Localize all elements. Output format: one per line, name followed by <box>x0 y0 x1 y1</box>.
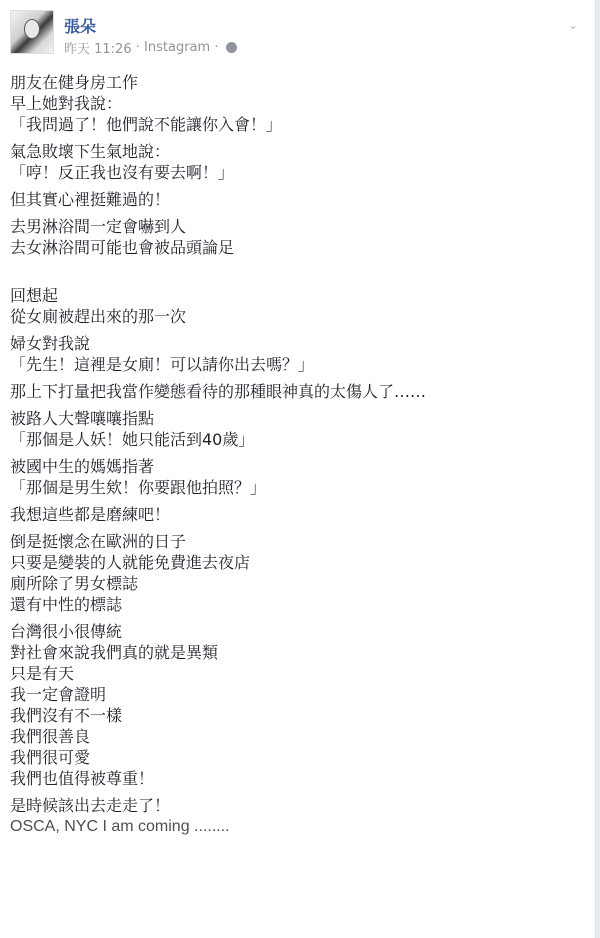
post-paragraph: 婦女對我說「先生！這裡是女廁！可以請你出去嗎？」 <box>10 333 570 375</box>
post-text-line: 對社會來說我們真的就是異類 <box>10 642 570 663</box>
scrollbar-track[interactable] <box>595 0 600 938</box>
avatar-image <box>24 19 40 39</box>
globe-icon[interactable] <box>226 42 237 53</box>
post-text-line: 「我問過了！他們說不能讓你入會！」 <box>10 114 570 135</box>
chevron-down-icon[interactable]: ⌄ <box>566 18 580 28</box>
post-text-line: 我想這些都是磨練吧！ <box>10 504 570 525</box>
post-text-line: 我們也值得被尊重！ <box>10 768 570 789</box>
post-text-line: 朋友在健身房工作 <box>10 72 570 93</box>
post-paragraph: 倒是挺懷念在歐洲的日子只要是變裝的人就能免費進去夜店廁所除了男女標誌還有中性的標… <box>10 531 570 615</box>
post-text-line: 「先生！這裡是女廁！可以請你出去嗎？」 <box>10 354 570 375</box>
post-text-line: 回想起 <box>10 285 570 306</box>
post-text-line: 「那個是人妖！她只能活到40歲」 <box>10 429 570 450</box>
post-text-line: 是時候該出去走走了！ <box>10 795 570 816</box>
meta-separator: · <box>214 40 218 55</box>
post-body: 朋友在健身房工作早上她對我說：「我問過了！他們說不能讓你入會！」氣急敗壞下生氣地… <box>10 72 570 843</box>
post-paragraph: 回想起從女廁被趕出來的那一次 <box>10 285 570 327</box>
post-text-line: 那上下打量把我當作變態看待的那種眼神真的太傷人了…… <box>10 381 570 402</box>
post-text-line: 我們很善良 <box>10 726 570 747</box>
post-paragraph: 那上下打量把我當作變態看待的那種眼神真的太傷人了…… <box>10 381 570 402</box>
post-text-line: 還有中性的標誌 <box>10 594 570 615</box>
post-paragraph: 是時候該出去走走了！OSCA, NYC I am coming ........ <box>10 795 570 837</box>
post-source[interactable]: Instagram <box>144 40 210 55</box>
post-paragraph: 台灣很小很傳統對社會來說我們真的就是異類只是有天我一定會證明我們沒有不一樣我們很… <box>10 621 570 789</box>
post-text-line: 早上她對我說： <box>10 93 570 114</box>
post-text-line: 被路人大聲嚷嚷指點 <box>10 408 570 429</box>
post-text-line: 我一定會證明 <box>10 684 570 705</box>
meta-separator: · <box>136 40 140 55</box>
post-paragraph: 氣急敗壞下生氣地說：「哼！反正我也沒有要去啊！」 <box>10 141 570 183</box>
post-text-line: 台灣很小很傳統 <box>10 621 570 642</box>
post-text-line: 但其實心裡挺難過的！ <box>10 189 570 210</box>
post-timestamp[interactable]: 昨天 11:26 <box>64 42 132 57</box>
post-text-line: 只要是變裝的人就能免費進去夜店 <box>10 552 570 573</box>
post-paragraph: 朋友在健身房工作早上她對我說：「我問過了！他們說不能讓你入會！」 <box>10 72 570 135</box>
post-text-line: 廁所除了男女標誌 <box>10 573 570 594</box>
post-meta: 昨天 11:26 · Instagram · <box>64 38 237 57</box>
post-text-line: 「那個是男生欸！你要跟他拍照？」 <box>10 477 570 498</box>
post-text-line: 倒是挺懷念在歐洲的日子 <box>10 531 570 552</box>
post-text-line: 去男淋浴間一定會嚇到人 <box>10 216 570 237</box>
post-text-line: 氣急敗壞下生氣地說： <box>10 141 570 162</box>
post-text-line: 去女淋浴間可能也會被品頭論足 <box>10 237 570 258</box>
post-text-line: 婦女對我說 <box>10 333 570 354</box>
post-paragraph: 去男淋浴間一定會嚇到人去女淋浴間可能也會被品頭論足 <box>10 216 570 258</box>
post-text-line: 我們沒有不一樣 <box>10 705 570 726</box>
post-paragraph: 但其實心裡挺難過的！ <box>10 189 570 210</box>
post-header: 張朵 昨天 11:26 · Instagram · ⌄ <box>10 10 580 60</box>
author-name[interactable]: 張朵 <box>64 14 96 37</box>
post-text-line: 我們很可愛 <box>10 747 570 768</box>
post-text-line: OSCA, NYC I am coming ........ <box>10 816 570 837</box>
post-text-line: 從女廁被趕出來的那一次 <box>10 306 570 327</box>
post-paragraph: 我想這些都是磨練吧！ <box>10 504 570 525</box>
post-paragraph: 被國中生的媽媽指著「那個是男生欸！你要跟他拍照？」 <box>10 456 570 498</box>
post-paragraph: 被路人大聲嚷嚷指點「那個是人妖！她只能活到40歲」 <box>10 408 570 450</box>
avatar[interactable] <box>10 10 54 54</box>
post-text-line: 被國中生的媽媽指著 <box>10 456 570 477</box>
post-text-line: 只是有天 <box>10 663 570 684</box>
post-text-line: 「哼！反正我也沒有要去啊！」 <box>10 162 570 183</box>
